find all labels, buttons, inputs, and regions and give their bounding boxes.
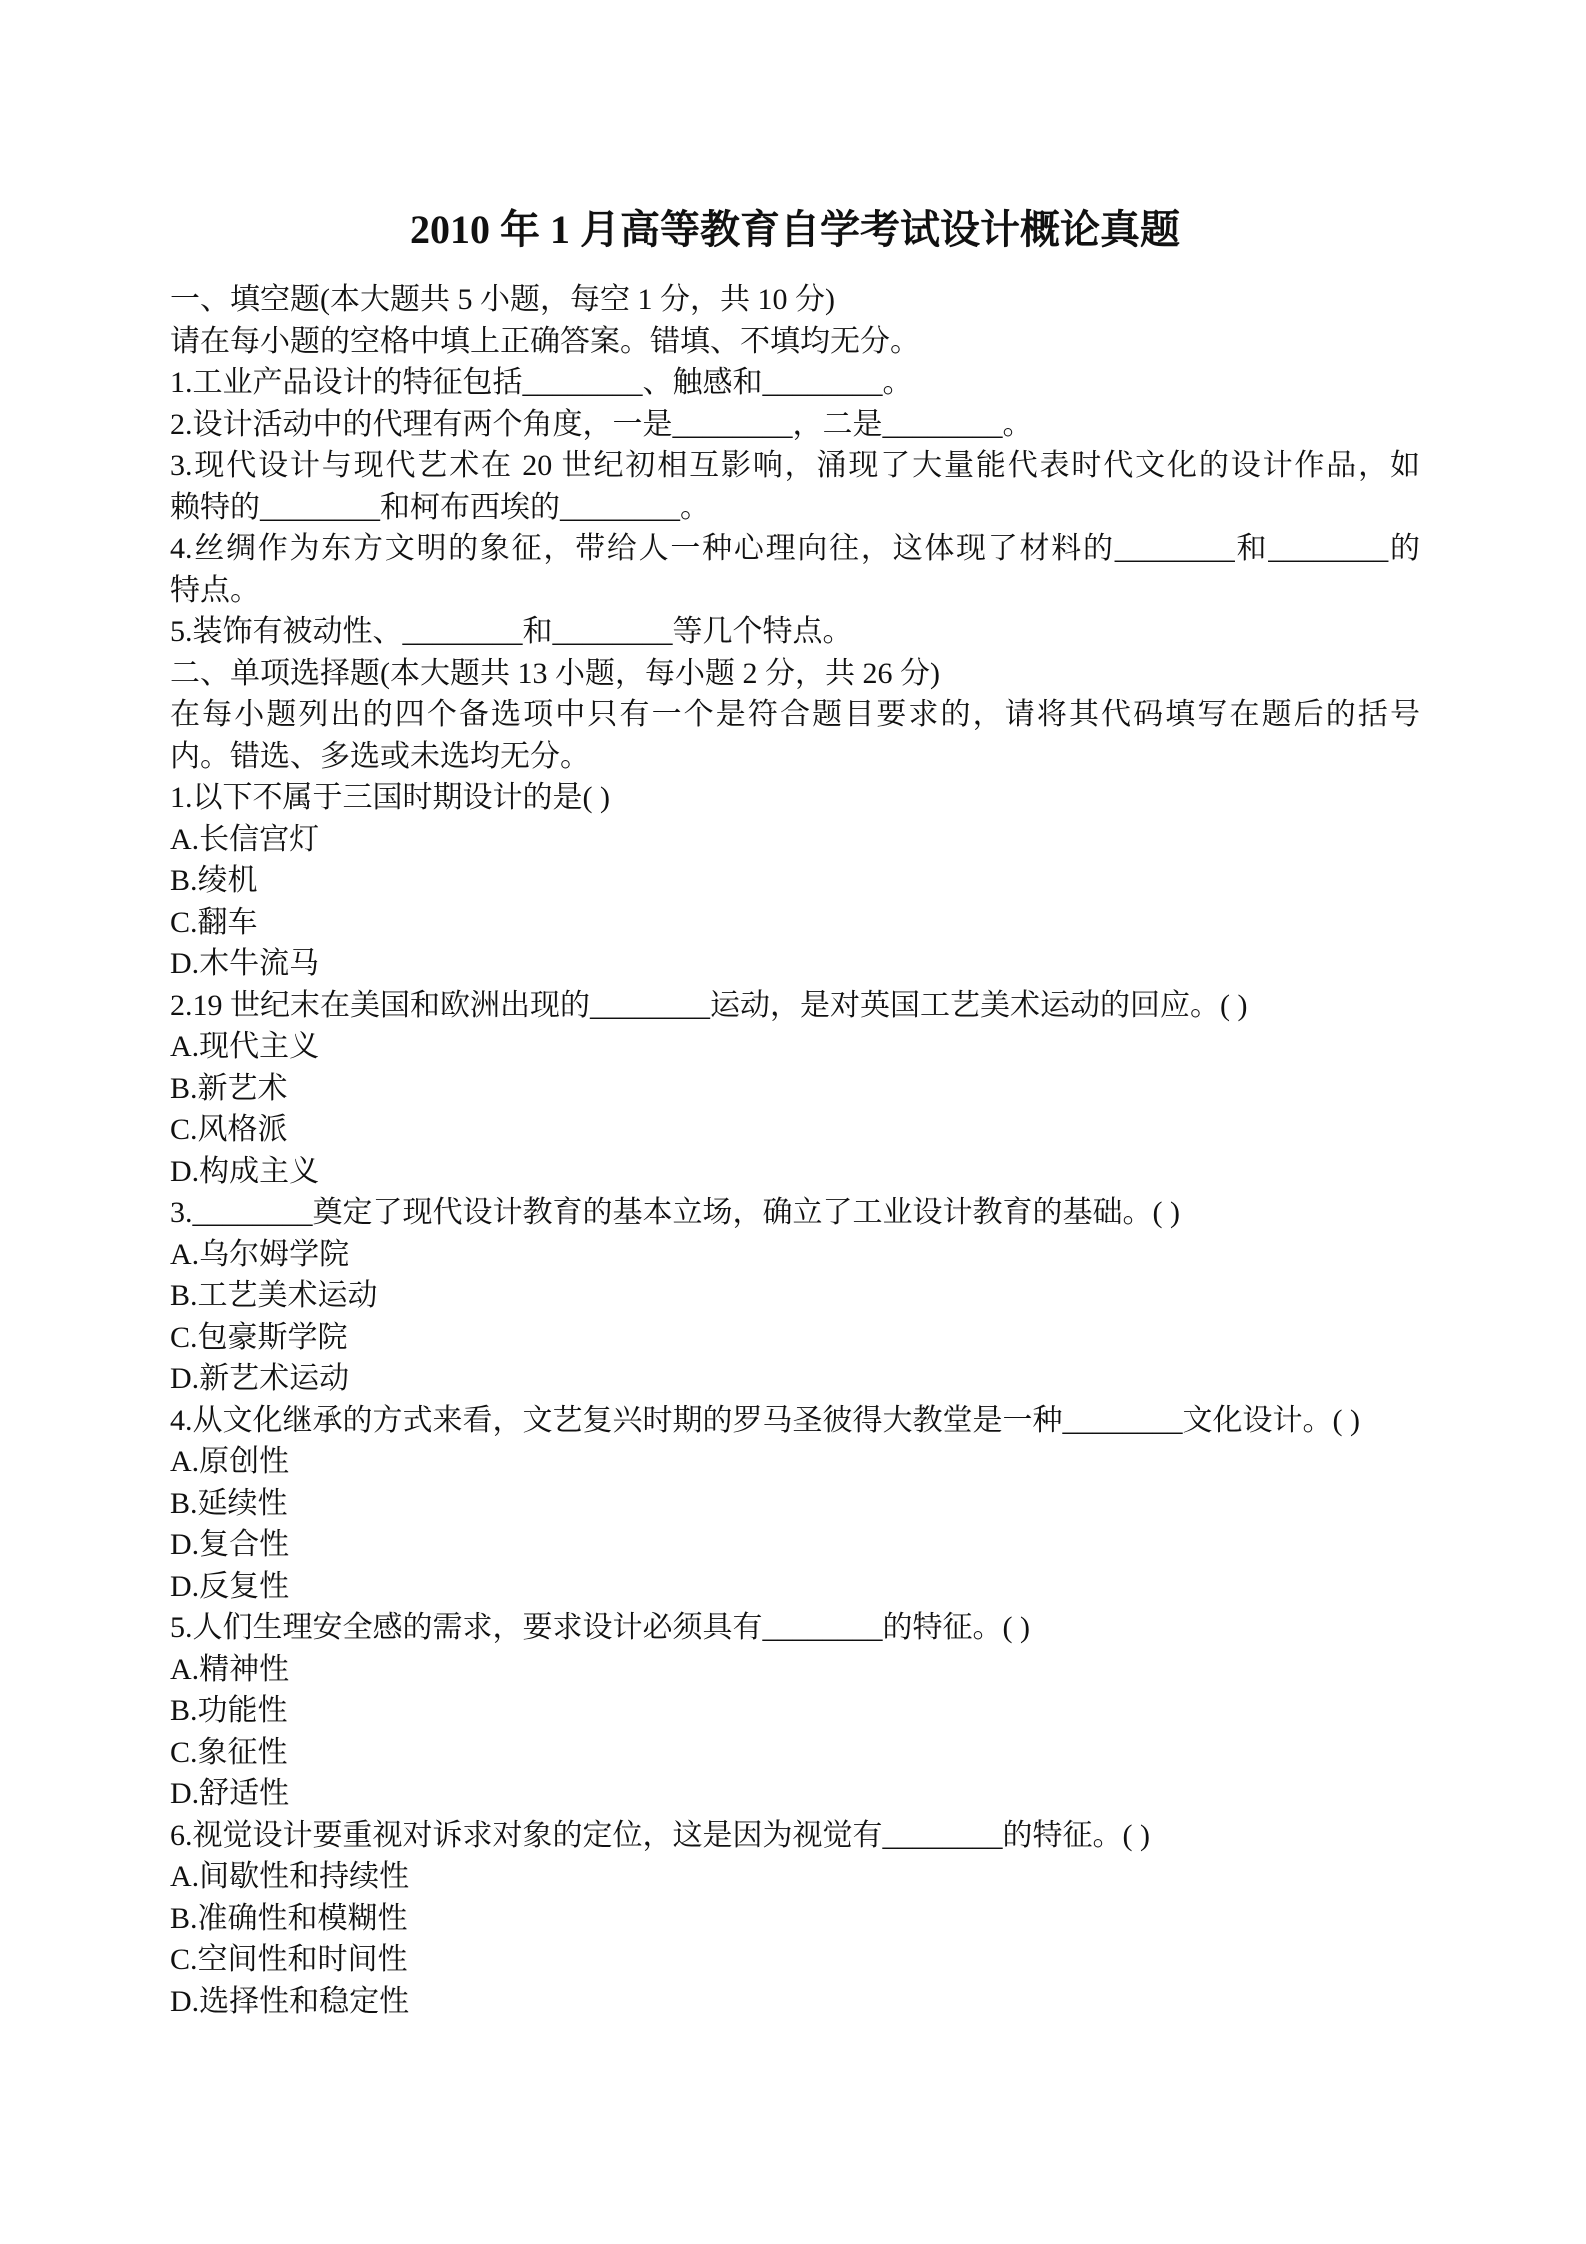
option-line: A.乌尔姆学院 <box>170 1234 1420 1276</box>
option-line: D.新艺术运动 <box>170 1358 1420 1400</box>
question-line: 6.视觉设计要重视对诉求对象的定位，这是因为视觉有________的特征。( ) <box>170 1815 1420 1857</box>
section-heading-line: 一、填空题(本大题共 5 小题，每空 1 分，共 10 分) <box>170 279 1420 321</box>
option-line: D.舒适性 <box>170 1773 1420 1815</box>
option-line: D.反复性 <box>170 1566 1420 1608</box>
option-line: C.空间性和时间性 <box>170 1939 1420 1981</box>
option-line: C.象征性 <box>170 1732 1420 1774</box>
option-line: B.准确性和模糊性 <box>170 1898 1420 1940</box>
question-line: 5.人们生理安全感的需求，要求设计必须具有________的特征。( ) <box>170 1607 1420 1649</box>
option-line: C.包豪斯学院 <box>170 1317 1420 1359</box>
document-title: 2010 年 1 月高等教育自学考试设计概论真题 <box>170 206 1420 254</box>
option-line: D.构成主义 <box>170 1151 1420 1193</box>
option-line: B.延续性 <box>170 1483 1420 1525</box>
question-line: 4.丝绸作为东方文明的象征，带给人一种心理向往，这体现了材料的________和… <box>170 528 1420 570</box>
question-line: 1.以下不属于三国时期设计的是( ) <box>170 777 1420 819</box>
document-body: 一、填空题(本大题共 5 小题，每空 1 分，共 10 分)请在每小题的空格中填… <box>170 279 1420 2022</box>
instruction-line: 在每小题列出的四个备选项中只有一个是符合题目要求的，请将其代码填写在题后的括号 <box>170 694 1420 736</box>
instruction-line: 请在每小题的空格中填上正确答案。错填、不填均无分。 <box>170 321 1420 363</box>
option-line: B.绫机 <box>170 860 1420 902</box>
option-line: B.功能性 <box>170 1690 1420 1732</box>
question-line: 5.装饰有被动性、________和________等几个特点。 <box>170 611 1420 653</box>
question-line: 2.设计活动中的代理有两个角度，一是________，二是________。 <box>170 404 1420 446</box>
question-line: 1.工业产品设计的特征包括________、触感和________。 <box>170 362 1420 404</box>
option-line: D.选择性和稳定性 <box>170 1981 1420 2023</box>
option-line: D.复合性 <box>170 1524 1420 1566</box>
option-line: B.新艺术 <box>170 1068 1420 1110</box>
option-line: A.原创性 <box>170 1441 1420 1483</box>
option-line: C.翻车 <box>170 902 1420 944</box>
option-line: C.风格派 <box>170 1109 1420 1151</box>
option-line: D.木牛流马 <box>170 943 1420 985</box>
continuation-line: 特点。 <box>170 570 1420 612</box>
option-line: B.工艺美术运动 <box>170 1275 1420 1317</box>
option-line: A.长信宫灯 <box>170 819 1420 861</box>
option-line: A.精神性 <box>170 1649 1420 1691</box>
question-line: 4.从文化继承的方式来看，文艺复兴时期的罗马圣彼得大教堂是一种________文… <box>170 1400 1420 1442</box>
continuation-line: 赖特的________和柯布西埃的________。 <box>170 487 1420 529</box>
document-page: 2010 年 1 月高等教育自学考试设计概论真题 一、填空题(本大题共 5 小题… <box>0 0 1586 2244</box>
continuation-line: 内。错选、多选或未选均无分。 <box>170 736 1420 778</box>
option-line: A.现代主义 <box>170 1026 1420 1068</box>
question-line: 2.19 世纪末在美国和欧洲出现的________运动，是对英国工艺美术运动的回… <box>170 985 1420 1027</box>
question-line: 3.现代设计与现代艺术在 20 世纪初相互影响，涌现了大量能代表时代文化的设计作… <box>170 445 1420 487</box>
question-line: 3.________奠定了现代设计教育的基本立场，确立了工业设计教育的基础。( … <box>170 1192 1420 1234</box>
section-heading-line: 二、单项选择题(本大题共 13 小题，每小题 2 分，共 26 分) <box>170 653 1420 695</box>
option-line: A.间歇性和持续性 <box>170 1856 1420 1898</box>
